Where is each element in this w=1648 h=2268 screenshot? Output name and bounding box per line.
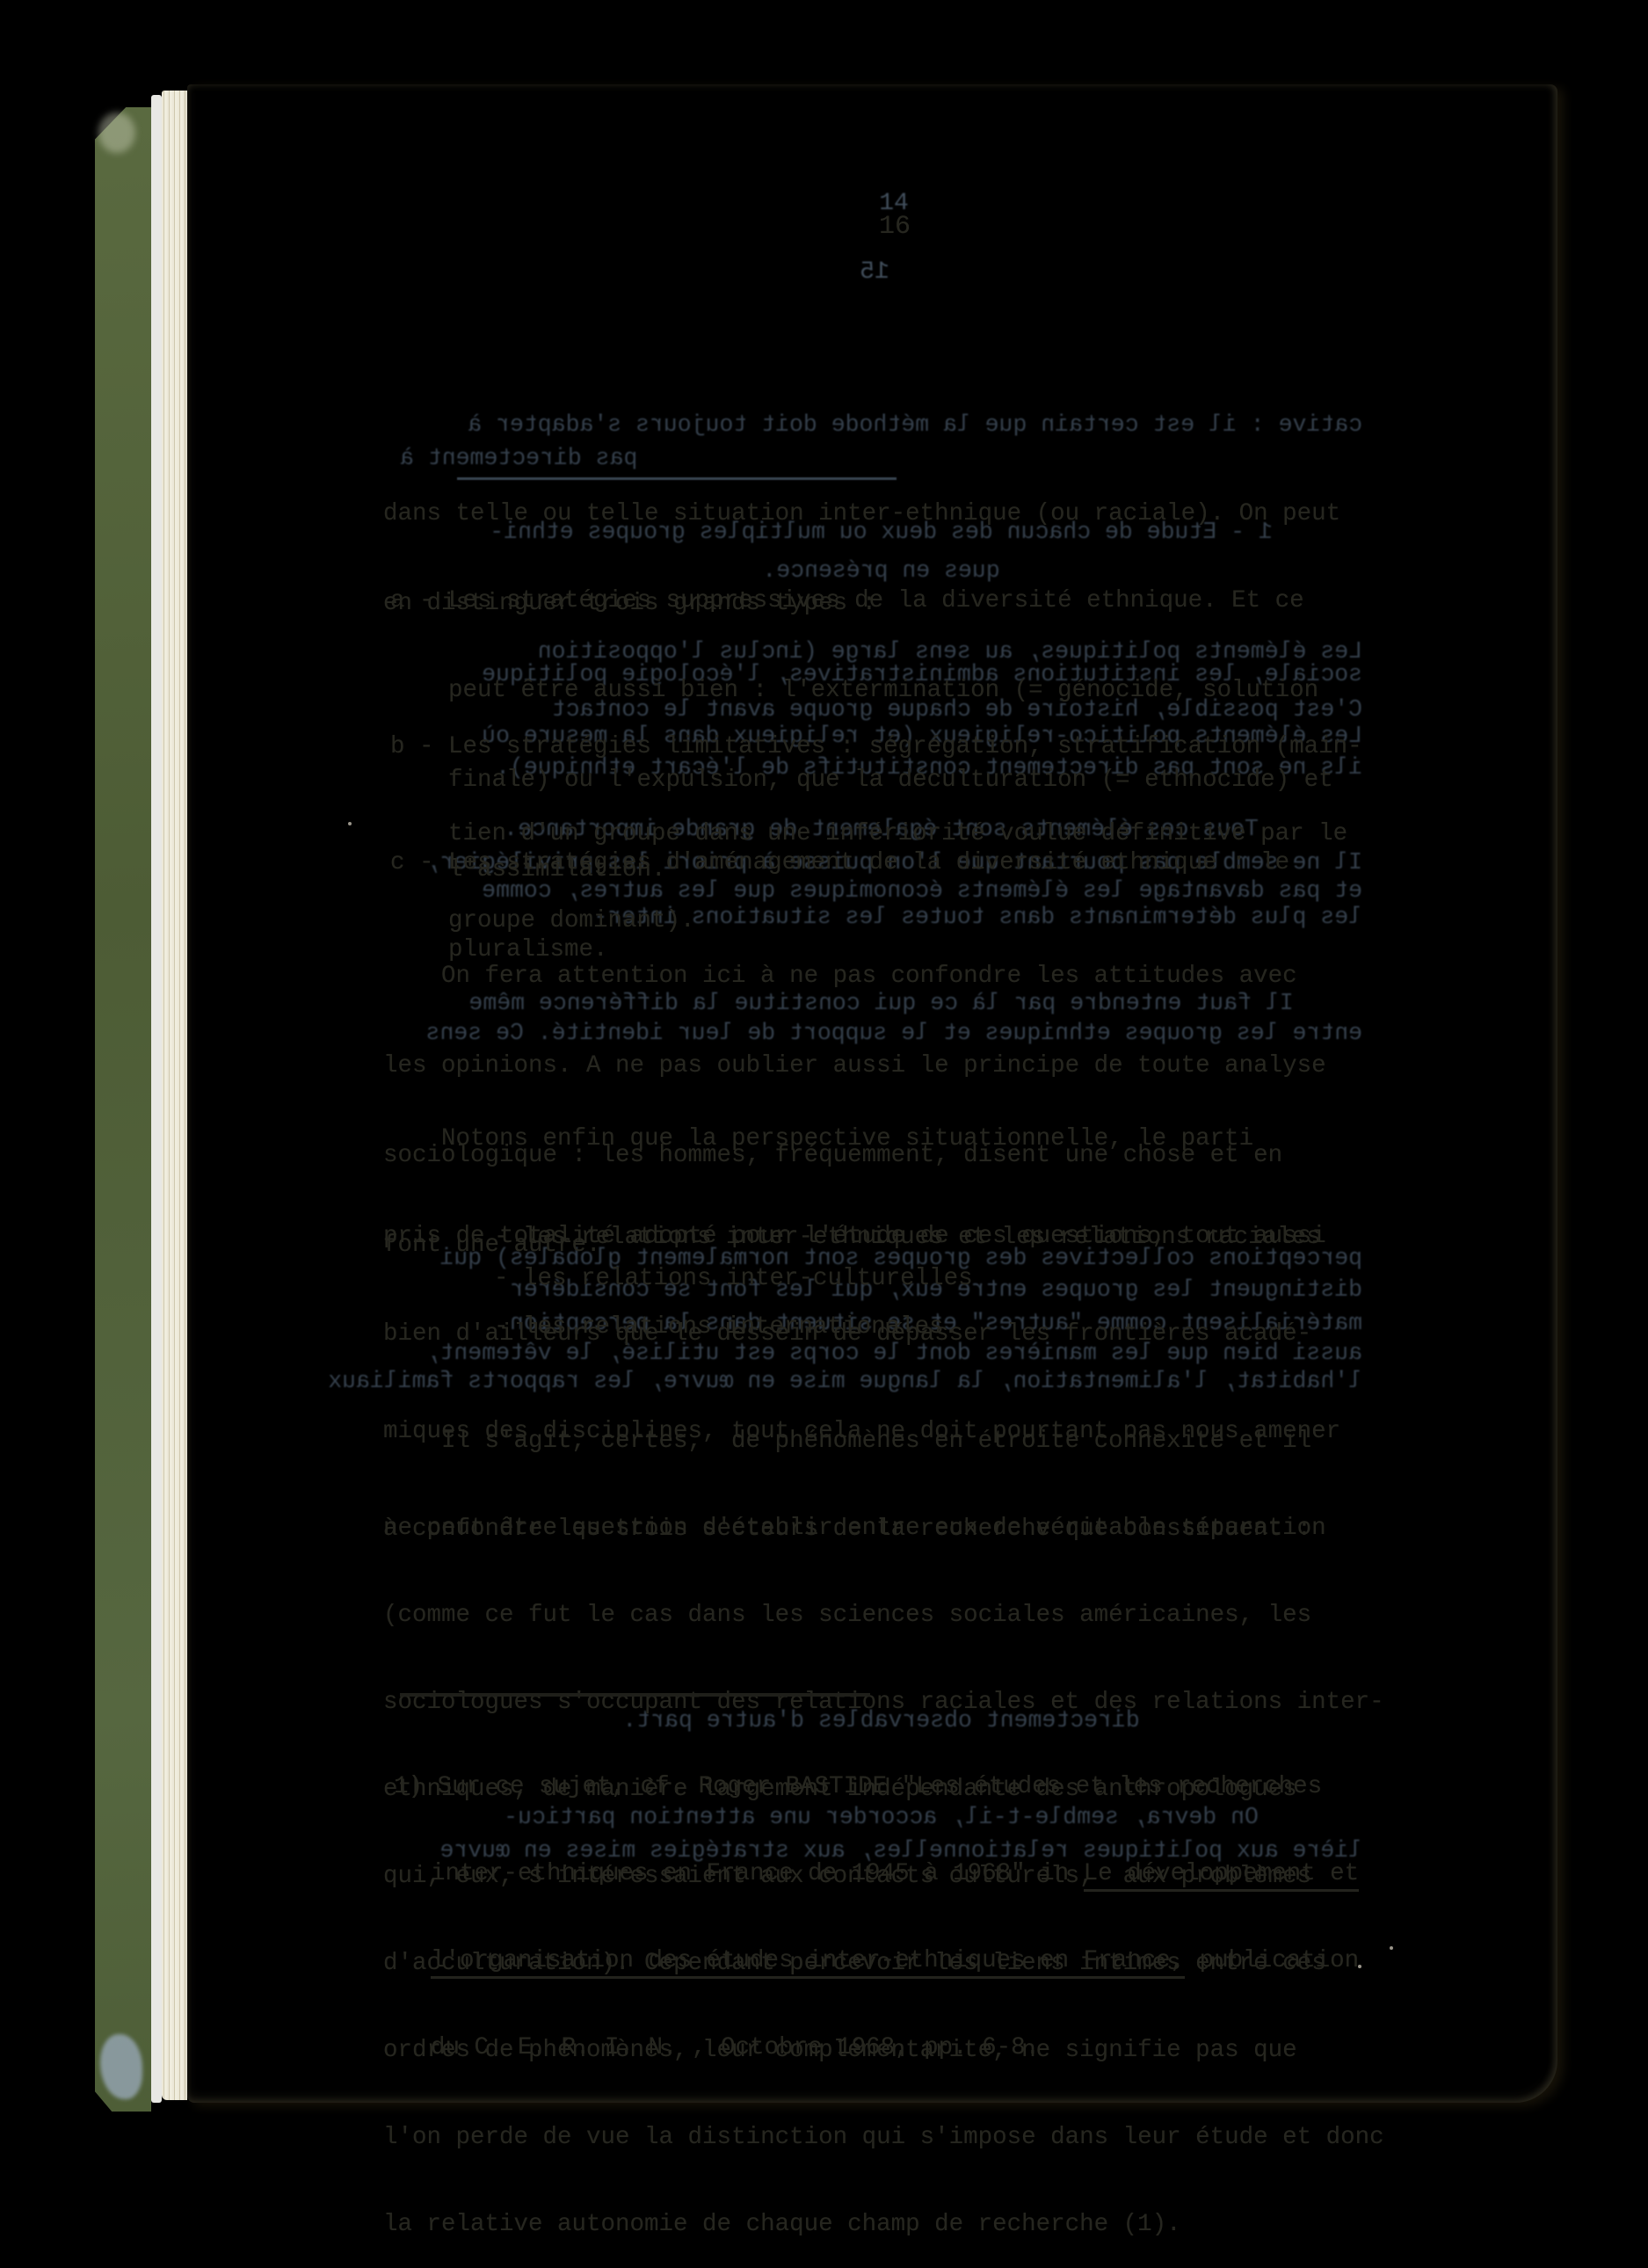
text-line: Notons enfin que la perspective situatio… xyxy=(441,1123,1340,1155)
book-cover-spine xyxy=(95,107,151,2112)
text-line: On fera attention ici à ne pas confondre… xyxy=(441,962,1326,992)
text-line: inter-ethniques en France de 1945 à 1968… xyxy=(431,1859,1359,1888)
text-line: Les stratégies suppressives de la divers… xyxy=(448,587,1304,614)
text-line: 1)Sur ce sujet, cf. Roger BASTIDE "Les é… xyxy=(394,1772,1359,1801)
underlined-title-segment: Le développement et xyxy=(1084,1860,1360,1892)
text-line: l'on perde de vue la distinction qui s'i… xyxy=(383,2123,1384,2152)
text-line: Il s'agit, certes, de phénomènes en étro… xyxy=(441,1427,1384,1456)
text-segment: inter-ethniques en France de 1945 à 1968… xyxy=(431,1860,1084,1887)
page-stack-edge xyxy=(162,91,187,2100)
text-line: sociologues s'occupant des relations rac… xyxy=(383,1688,1384,1717)
page-number: 16 xyxy=(842,212,947,242)
dash-list-item: - les relations internationales. xyxy=(494,1313,958,1341)
item-label: a - xyxy=(390,587,434,614)
footnote: 1)Sur ce sujet, cf. Roger BASTIDE "Les é… xyxy=(394,1714,1359,2091)
text-line: l'organisation des études inter-ethnique… xyxy=(431,1946,1359,1975)
dash-list-item: - les relations inter-ethniques et les r… xyxy=(494,1224,1321,1251)
item-label: b - xyxy=(390,733,434,760)
text-line: a -Les stratégies suppressives de la div… xyxy=(390,586,1333,616)
text-line: Sur ce sujet, cf. Roger BASTIDE "Les étu… xyxy=(438,1773,1323,1800)
text-line: c -Les stratégies d'aménagement de la di… xyxy=(390,848,1289,877)
text-line: ne peut être question d'établir entre eu… xyxy=(383,1514,1384,1543)
endpaper-edge xyxy=(151,95,162,2103)
cover-wear-mark xyxy=(98,113,135,153)
text-line: dans telle ou telle situation inter-ethn… xyxy=(383,499,1340,529)
item-label: c - xyxy=(390,849,434,876)
text-line: Les stratégies limitatives : ségrégation… xyxy=(448,733,1362,760)
bleedthrough-page-number: 15 xyxy=(826,258,923,286)
paper-speck xyxy=(348,822,352,825)
dash-list-item: - les relations inter-culturelles xyxy=(494,1265,973,1292)
paper-speck xyxy=(1390,1946,1393,1950)
bleedthrough-line: cative : il est certain que la méthode d… xyxy=(400,411,1362,438)
footnote-separator-rule xyxy=(400,1693,870,1697)
text-line: b -Les stratégies limitatives : ségrégat… xyxy=(390,732,1362,761)
text-line: du C. E. R. I. N. , Octobre 1968, pp. 6-… xyxy=(431,2033,1359,2062)
text-line: Les stratégies d'aménagement de la diver… xyxy=(448,849,1289,876)
underlined-title-segment: l'organisation des études inter-ethnique… xyxy=(431,1947,1185,1979)
text-line: (comme ce fut le cas dans les sciences s… xyxy=(383,1601,1384,1630)
text-segment: publication xyxy=(1185,1947,1359,1974)
footnote-marker: 1) xyxy=(394,1773,423,1800)
